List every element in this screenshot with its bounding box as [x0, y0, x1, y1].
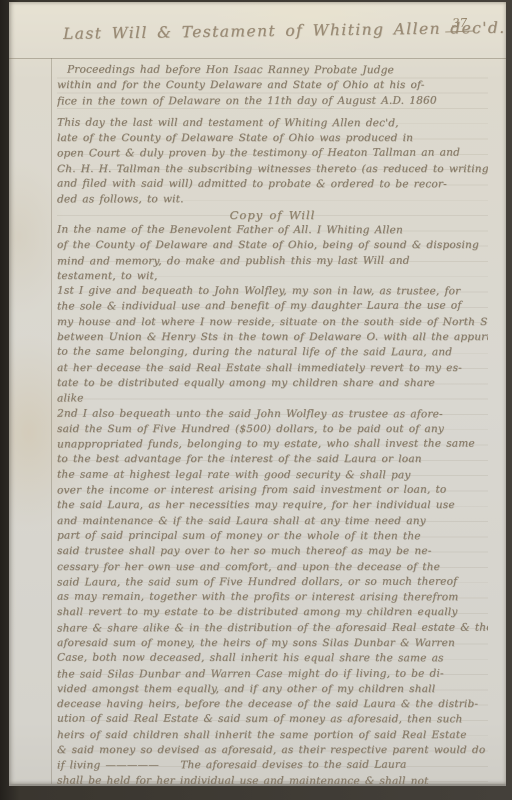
- manuscript-line: within and for the County Delaware and S…: [57, 78, 488, 93]
- manuscript-line: between Union & Henry Sts in the town of…: [57, 330, 488, 345]
- will-text-paragraph: In the name of the Benevolent Father of …: [57, 223, 488, 784]
- manuscript-line: at her decease the said Real Estate shal…: [57, 361, 488, 376]
- manuscript-body: Proceedings had before Hon Isaac Ranney …: [57, 63, 488, 784]
- manuscript-line: of the County of Delaware and State of O…: [57, 238, 488, 253]
- manuscript-line: open Court & duly proven by the testimon…: [57, 146, 488, 162]
- header-rule-line: [9, 58, 506, 59]
- manuscript-line: In the name of the Benevolent Father of …: [57, 223, 488, 239]
- scanned-document-frame: 37 Last Will & Testament of Whiting Alle…: [0, 0, 512, 800]
- manuscript-line: and filed with said will) admitted to pr…: [57, 177, 488, 193]
- manuscript-line: the said Silas Dunbar and Warren Case mi…: [57, 666, 488, 682]
- manuscript-line: cessary for her own use and comfort, and…: [57, 560, 488, 575]
- proceedings-paragraph: Proceedings had before Hon Isaac Ranney …: [57, 63, 488, 109]
- manuscript-line: tate to be distributed equally among my …: [57, 376, 488, 391]
- manuscript-line: ution of said Real Estate & said sum of …: [57, 712, 488, 728]
- manuscript-line: Case, both now deceased, shall inherit h…: [57, 651, 488, 667]
- document-title: Last Will & Testament of Whiting Allen d…: [63, 19, 483, 43]
- manuscript-line: to the best advantage for the interest o…: [57, 452, 488, 467]
- manuscript-line: late of the County of Delaware State of …: [57, 131, 488, 146]
- manuscript-line: share & share alike & in the distributio…: [57, 620, 488, 636]
- manuscript-line: part of said principal sum of money or t…: [57, 529, 488, 545]
- manuscript-line: testament, to wit,: [57, 269, 488, 284]
- manuscript-line: heirs of said children shall inherit the…: [57, 728, 488, 743]
- manuscript-line: as may remain, together with the profits…: [57, 590, 488, 606]
- manuscript-line: 2nd I also bequeath unto the said John W…: [57, 406, 488, 422]
- manuscript-line: over the income or interest arising from…: [57, 483, 488, 499]
- manuscript-line: This day the last will and testament of …: [57, 116, 488, 132]
- manuscript-line: shall revert to my estate to be distribu…: [57, 605, 488, 620]
- manuscript-line: and maintenance & if the said Laura shal…: [57, 514, 488, 529]
- manuscript-line: said the Sum of Five Hundred ($500) doll…: [57, 422, 488, 437]
- manuscript-line: decease having heirs, before the decease…: [57, 697, 488, 712]
- manuscript-line: the same at highest legal rate with good…: [57, 467, 488, 483]
- manuscript-line: mind and memory, do make and publish thi…: [57, 253, 488, 269]
- manuscript-line: ded as follows, to wit.: [57, 192, 488, 208]
- manuscript-line: said trustee shall pay over to her so mu…: [57, 544, 488, 559]
- left-margin-rule-line: [51, 58, 52, 784]
- manuscript-line: said Laura, the said sum of Five Hundred…: [57, 574, 488, 590]
- manuscript-line: shall be held for her individual use and…: [57, 773, 488, 784]
- admission-paragraph: This day the last will and testament of …: [57, 116, 488, 208]
- manuscript-line: Ch. H. H. Tallman the subscribing witnes…: [57, 162, 488, 177]
- manuscript-line: alike: [57, 391, 488, 407]
- manuscript-page: 37 Last Will & Testament of Whiting Alle…: [9, 2, 506, 786]
- manuscript-line: & said money so devised as aforesaid, as…: [57, 743, 488, 758]
- manuscript-line: aforesaid sum of money, the heirs of my …: [57, 636, 488, 651]
- manuscript-line: to the same belonging, during the natura…: [57, 345, 488, 361]
- manuscript-line: the sole & individual use and benefit of…: [57, 299, 488, 315]
- manuscript-line: 1st I give and bequeath to John Wolfley,…: [57, 284, 488, 300]
- manuscript-line: unappropriated funds, belonging to my es…: [57, 437, 488, 453]
- manuscript-line: my house and lot where I now reside, sit…: [57, 315, 488, 330]
- manuscript-line: fice in the town of Delaware on the 11th…: [57, 93, 488, 109]
- manuscript-line: vided amongst them equally, and if any o…: [57, 682, 488, 697]
- manuscript-line: the said Laura, as her necessities may r…: [57, 498, 488, 513]
- copy-of-will-heading: Copy of Will: [57, 208, 488, 223]
- manuscript-line: Proceedings had before Hon Isaac Ranney …: [57, 63, 488, 79]
- manuscript-line: if living ————— The aforesaid devises to…: [57, 758, 488, 774]
